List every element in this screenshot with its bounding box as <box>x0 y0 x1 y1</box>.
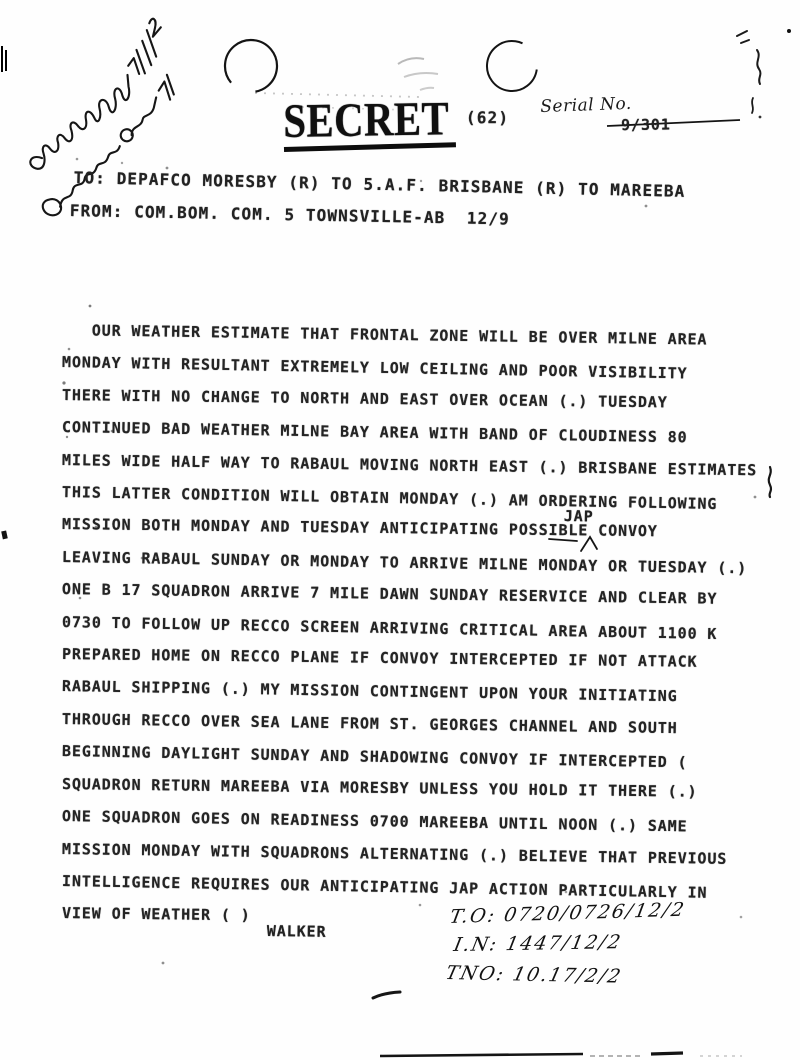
copy-number: (62) <box>466 108 509 127</box>
bottom-rule <box>380 1053 742 1056</box>
scanned-document-page: SECRET (62) Serial No. 9/301 TO: DEPAFCO… <box>0 0 800 1060</box>
pen-dash-bottom <box>373 992 400 998</box>
serial-no-value: 9/301 <box>621 116 671 134</box>
serial-no-label: Serial No. <box>540 94 632 117</box>
classification-stamp: SECRET <box>283 91 449 149</box>
page-edge-marks <box>2 46 6 72</box>
punch-hole-left-icon <box>214 29 287 102</box>
top-right-marks <box>737 29 791 118</box>
handwritten-note-line: TNO: 10.17/2/2 <box>443 959 687 992</box>
margin-speck <box>1 530 8 539</box>
pen-stroke-estimates <box>769 467 771 497</box>
punch-hole-right-icon <box>484 38 540 94</box>
handwritten-note-line: I.N: 1447/12/2 <box>451 927 687 959</box>
signature: WALKER <box>267 922 327 941</box>
inserted-word-jap: JAP <box>564 507 594 526</box>
message-body: OUR WEATHER ESTIMATE THAT FRONTAL ZONE W… <box>62 314 757 930</box>
handwritten-notes-bottom-right: T.O: 0720/0726/12/2I.N: 1447/12/2TNO: 10… <box>450 903 684 987</box>
